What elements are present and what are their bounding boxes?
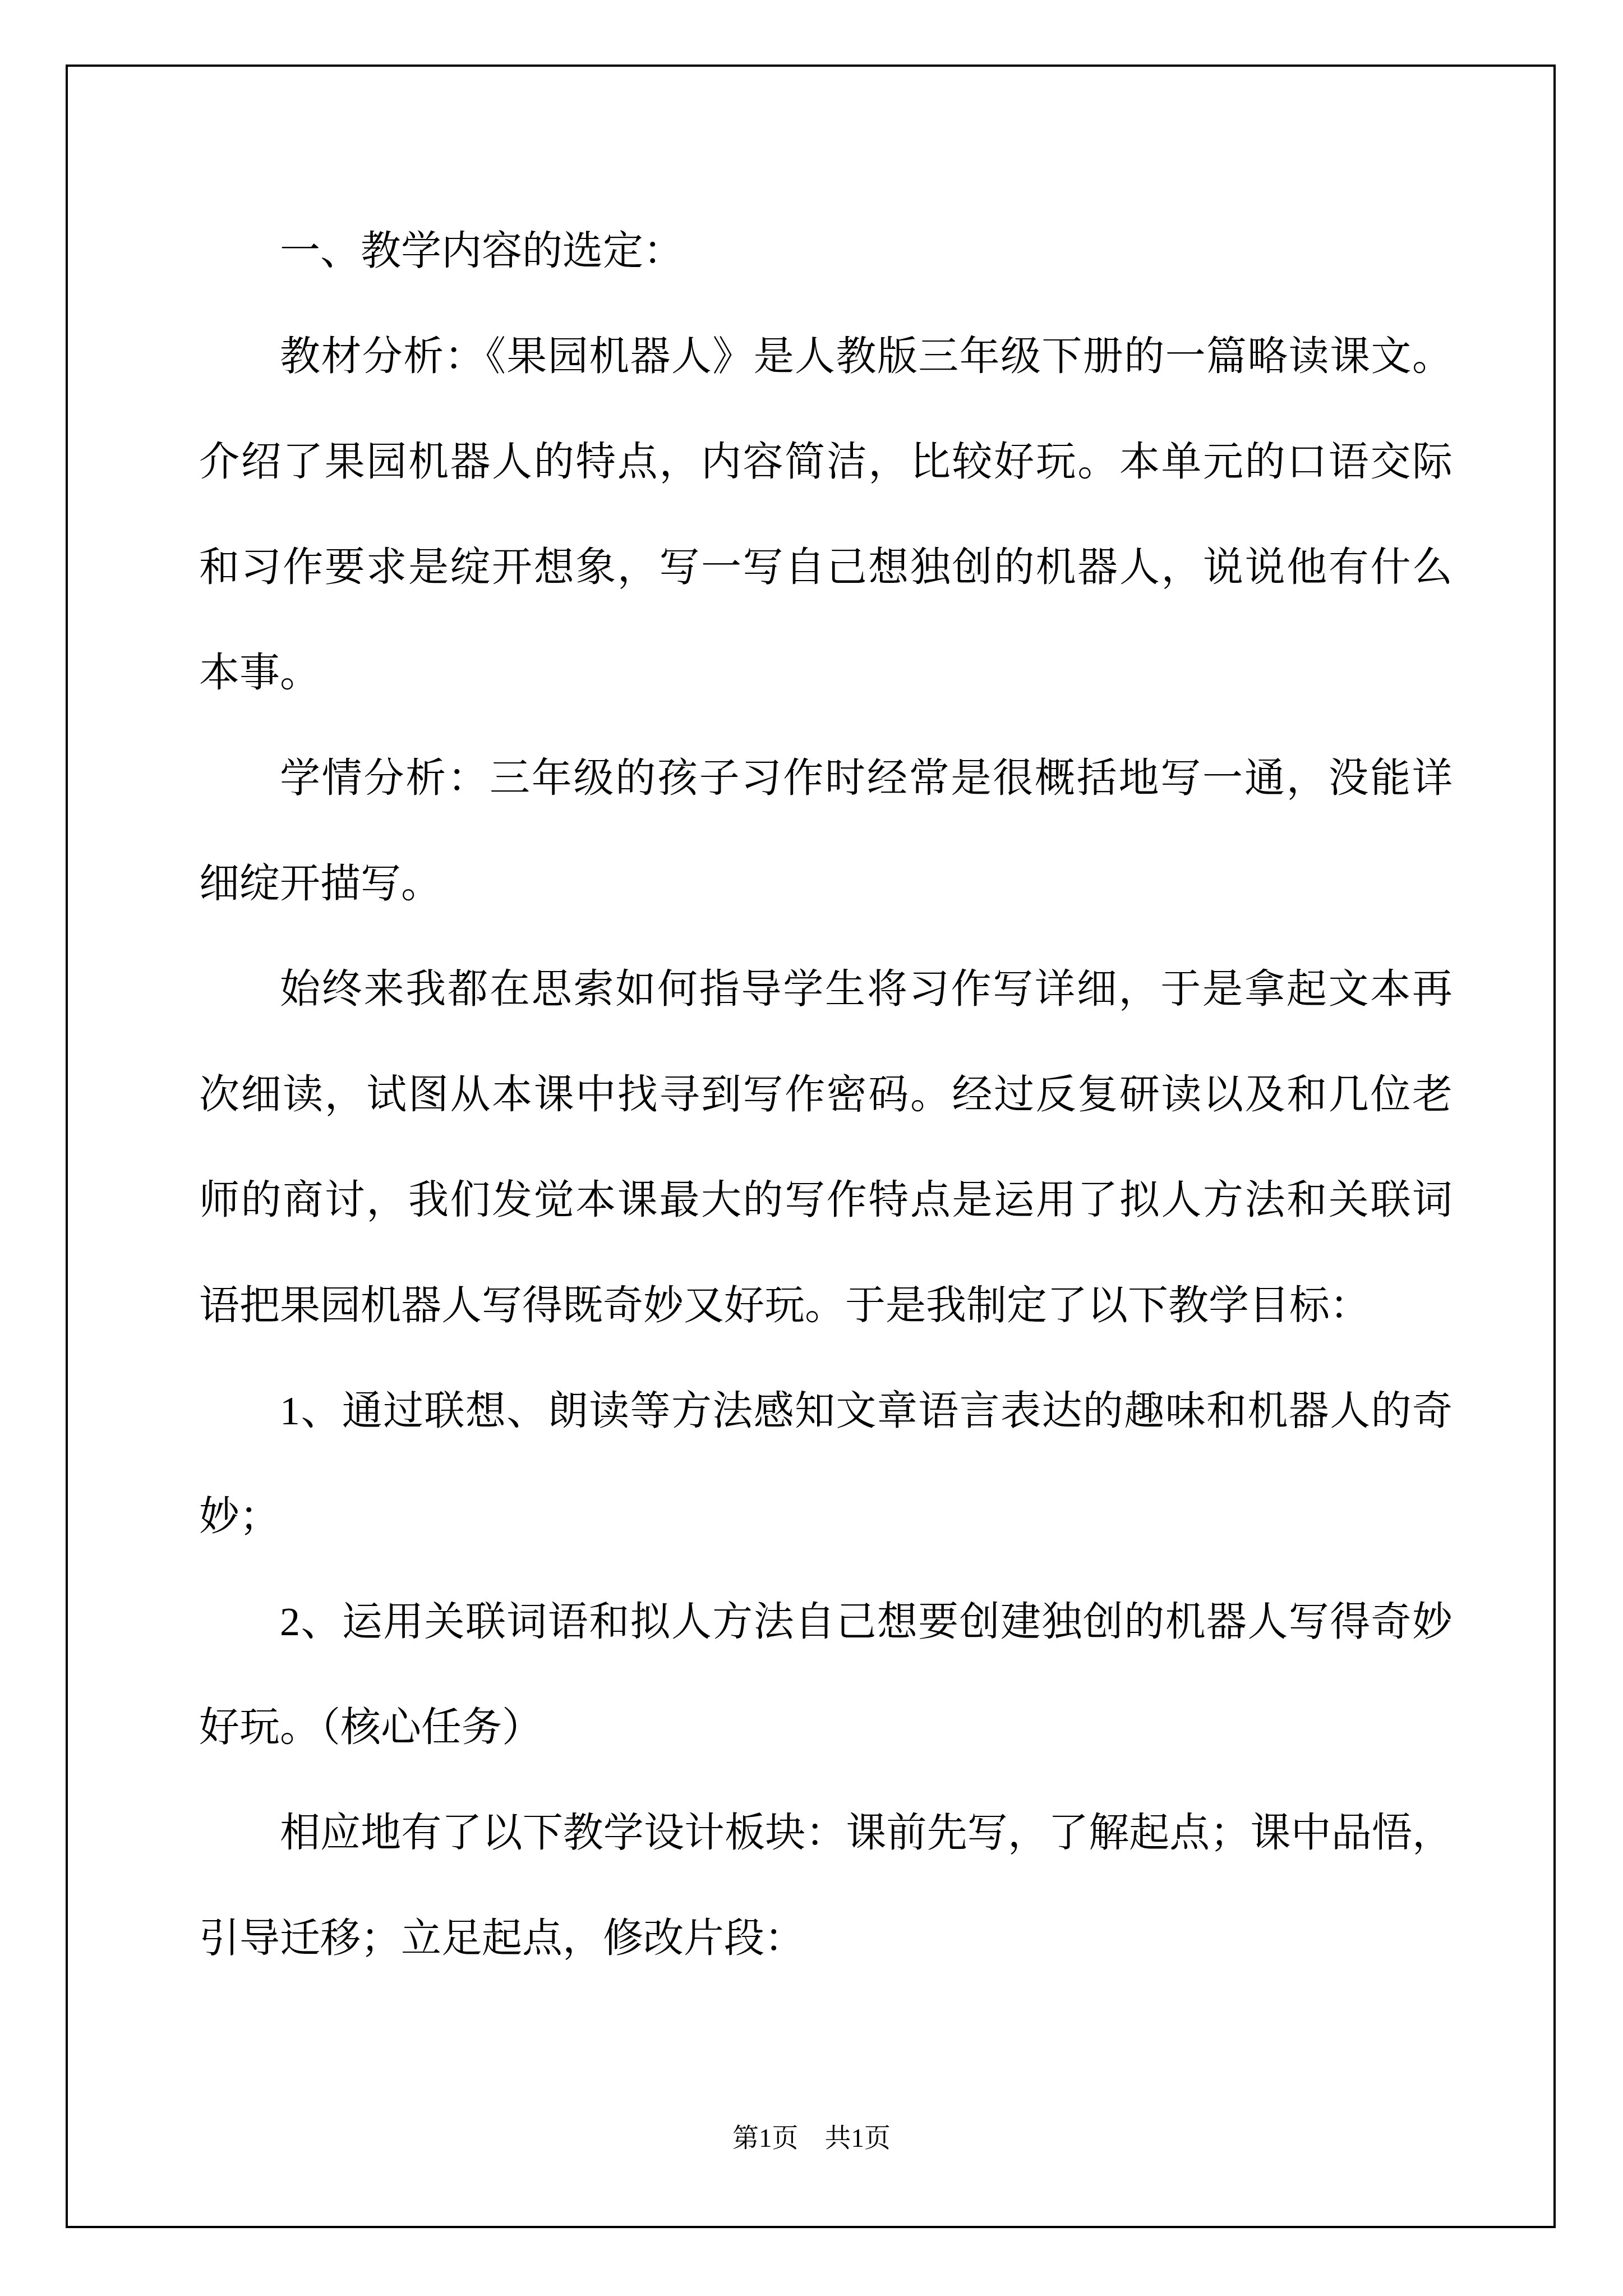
text-line: 一、教学内容的选定： xyxy=(199,198,1453,303)
text-line: 学情分析：三年级的孩子习作时经常是很概括地写一通，没能详 xyxy=(199,725,1453,831)
text-line: 1、通过联想、朗读等方法感知文章语言表达的趣味和机器人的奇 xyxy=(199,1358,1453,1464)
text-line: 教材分析：《果园机器人》是人教版三年级下册的一篇略读课文。 xyxy=(199,303,1453,409)
text-line: 本事。 xyxy=(199,620,1453,725)
page-footer: 第1页 共1页 xyxy=(0,2122,1623,2155)
text-line: 和习作要求是绽开想象，写一写自己想独创的机器人，说说他有什么 xyxy=(199,514,1453,620)
footer-page-indicator: 第1页 共1页 xyxy=(732,2124,891,2153)
text-line: 细绽开描写。 xyxy=(199,831,1453,936)
text-line: 次细读，试图从本课中找寻到写作密码。经过反复研读以及和几位老 xyxy=(199,1042,1453,1147)
text-line: 始终来我都在思索如何指导学生将习作写详细，于是拿起文本再 xyxy=(199,936,1453,1042)
text-line: 介绍了果园机器人的特点，内容简洁，比较好玩。本单元的口语交际 xyxy=(199,409,1453,514)
text-line: 师的商讨，我们发觉本课最大的写作特点是运用了拟人方法和关联词 xyxy=(199,1147,1453,1253)
text-line: 语把果园机器人写得既奇妙又好玩。于是我制定了以下教学目标： xyxy=(199,1253,1453,1358)
text-line: 引导迁移；立足起点，修改片段： xyxy=(199,1885,1453,1991)
text-line: 好玩。（核心任务） xyxy=(199,1674,1453,1780)
text-line: 相应地有了以下教学设计板块：课前先写，了解起点；课中品悟， xyxy=(199,1780,1453,1885)
document-body: 一、教学内容的选定：教材分析：《果园机器人》是人教版三年级下册的一篇略读课文。介… xyxy=(199,198,1453,1991)
text-line: 2、运用关联词语和拟人方法自己想要创建独创的机器人写得奇妙 xyxy=(199,1569,1453,1674)
text-line: 妙； xyxy=(199,1464,1453,1569)
